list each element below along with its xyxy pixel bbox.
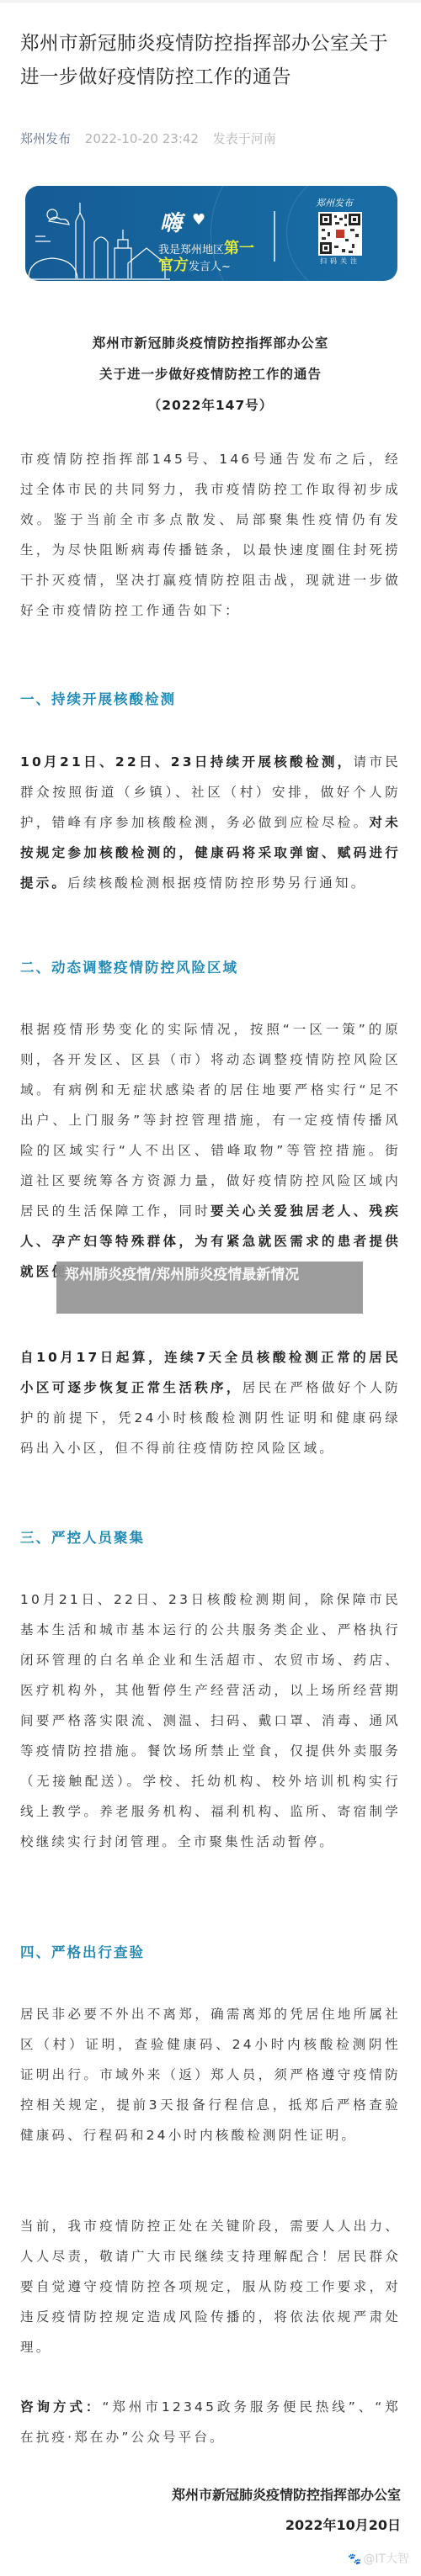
publish-time: 2022-10-20 23:42: [85, 131, 199, 146]
promo-banner: 嗨 ♥ 我是郑州地区第一 官方发言人~ 郑州发布 扫码关注: [25, 186, 397, 281]
image-caption-overlay: 郑州肺炎疫情/郑州肺炎疫情最新情况: [56, 1262, 363, 1314]
watermark: 🐾@IT大智: [348, 2550, 409, 2567]
body-text: 根据疫情形势变化的实际情况，按照“一区一策”的原则，各开发区、区县（市）将动态调…: [20, 1022, 401, 1219]
document-header-line-2: 关于进一步做好疫情防控工作的通告: [0, 359, 421, 390]
banner-greeting: 嗨: [160, 206, 183, 237]
qr-caption: 扫码关注: [320, 257, 360, 266]
watermark-text: @IT大智: [363, 2552, 409, 2566]
signature-org: 郑州市新冠肺炎疫情防控指挥部办公室: [172, 2484, 401, 2504]
overlay-caption-text: 郑州肺炎疫情/郑州肺炎疫情最新情况: [65, 1263, 343, 1287]
paw-icon: 🐾: [348, 2553, 361, 2566]
document-header: 郑州市新冠肺炎疫情防控指挥部办公室 关于进一步做好疫情防控工作的通告 （2022…: [0, 328, 421, 421]
qr-brand-logo: 郑州发布: [316, 196, 353, 209]
qr-code-image: [318, 212, 362, 256]
heart-icon: ♥: [192, 211, 205, 229]
intro-paragraph: 市疫情防控指挥部145号、146号通告发布之后，经过全体市民的共同努力，我市疫情…: [20, 444, 401, 626]
section-2-paragraph-2: 自10月17日起算，连续7天全员核酸检测正常的居民小区可逐步恢复正常生活秩序，居…: [20, 1342, 401, 1463]
contact-label: 咨询方式：: [20, 2399, 102, 2415]
city-skyline-icon: [27, 196, 170, 280]
banner-line-2: 官方发言人~: [158, 253, 231, 275]
top-divider: [0, 0, 421, 3]
bold-text: 10月21日、22日、23日持续开展核酸检测，: [20, 754, 354, 770]
section-2-paragraph-1: 根据疫情形势变化的实际情况，按照“一区一策”的原则，各开发区、区县（市）将动态调…: [20, 1014, 401, 1287]
article-meta: 郑州发布 2022-10-20 23:42 发表于河南: [20, 128, 276, 150]
document-number: （2022年147号）: [0, 390, 421, 421]
banner-line-2-highlight: 官方: [158, 257, 189, 274]
body-text: 后续核酸检测根据疫情防控形势另行通知。: [67, 875, 366, 891]
section-heading-3: 三、严控人员聚集: [20, 1526, 145, 1547]
article-title: 郑州市新冠肺炎疫情防控指挥部办公室关于进一步做好疫情防控工作的通告: [20, 27, 391, 94]
section-heading-1: 一、持续开展核酸检测: [20, 688, 176, 708]
closing-paragraph: 当前，我市疫情防控正处在关键阶段，需要人人出力、人人尽责，敬请广大市民继续支持理…: [20, 2211, 401, 2362]
banner-divider: [274, 211, 275, 262]
publish-location: 发表于河南: [213, 131, 276, 146]
document-header-line-1: 郑州市新冠肺炎疫情防控指挥部办公室: [0, 328, 421, 359]
qr-code-icon: [320, 214, 360, 254]
section-3-paragraph: 10月21日、22日、23日核酸检测期间，除保障市民基本生活和城市基本运行的公共…: [20, 1584, 401, 1857]
contact-paragraph: 咨询方式：“郑州市12345政务服务便民热线”、“郑在抗疫·郑在办”公众号平台。: [20, 2392, 401, 2452]
account-name-link[interactable]: 郑州发布: [20, 131, 71, 146]
section-4-paragraph: 居民非必要不外出不离郑，确需离郑的凭居住地所属社区（村）证明，查验健康码、24小…: [20, 1999, 401, 2150]
section-heading-2: 二、动态调整疫情防控风险区域: [20, 956, 238, 976]
banner-line-2-text: 发言人~: [189, 261, 231, 273]
signature-date: 2022年10月20日: [285, 2515, 401, 2534]
section-heading-4: 四、严格出行查验: [20, 1941, 145, 1961]
section-1-paragraph: 10月21日、22日、23日持续开展核酸检测，请市民群众按照街道（乡镇）、社区（…: [20, 747, 401, 898]
